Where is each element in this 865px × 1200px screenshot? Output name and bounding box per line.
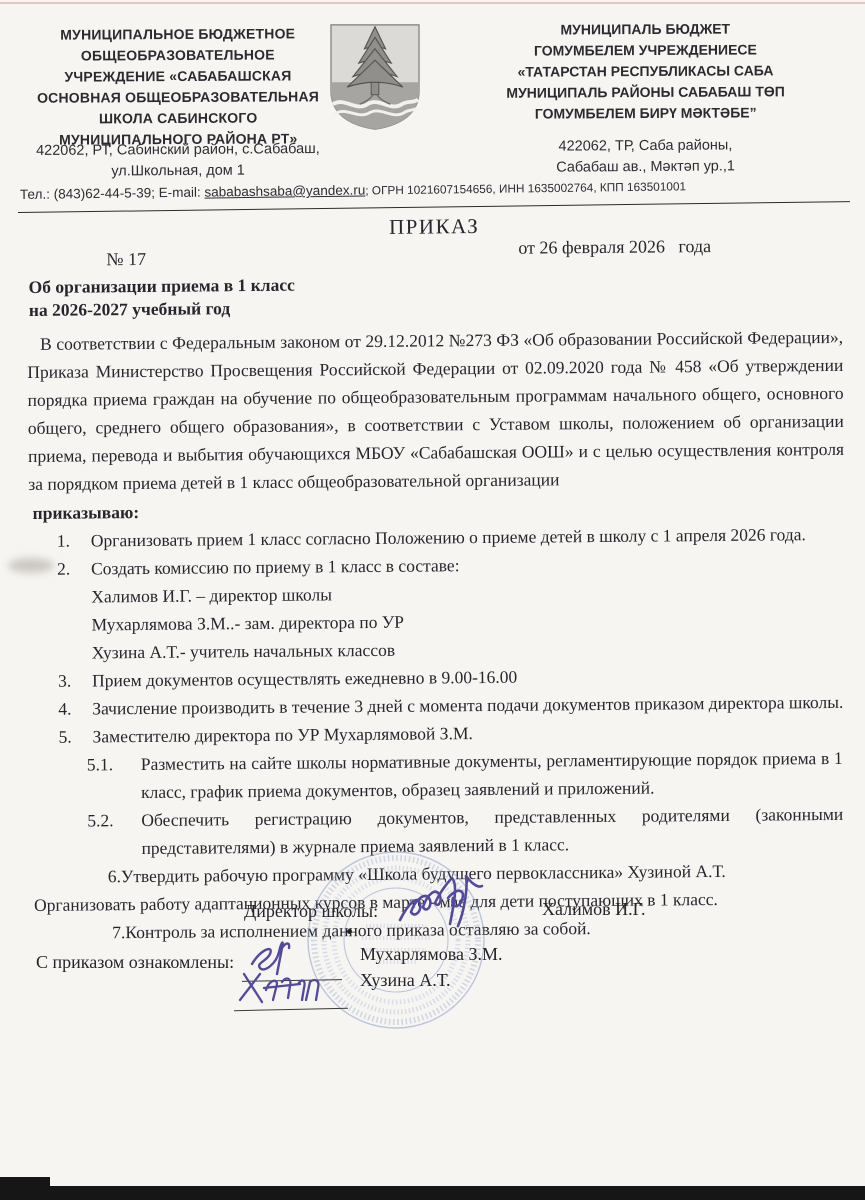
acknowledged-label: С приказом ознакомлены: <box>36 952 234 973</box>
registration-numbers: ; ОГРН 1021607154656, ИНН 1635002764, КП… <box>365 179 686 197</box>
address-line: Сабабаш ав., Мәктәп ур.,1 <box>438 156 853 180</box>
order-number: № 17 <box>26 249 146 270</box>
org-title-line: УЧРЕЖДЕНИЕ «САБАБАШСКАЯ <box>28 65 328 88</box>
ack-name-2: Хузина А.Т. <box>360 970 450 991</box>
list-item-5-1: 5.1. Разместить на сайте школы нормативн… <box>31 744 847 807</box>
director-name: Халимов И.Г. <box>542 899 646 920</box>
scan-bottom-edge <box>0 1186 865 1200</box>
ink-dot <box>347 929 352 934</box>
address-line: 422062, РТ, Сабинский район, с.Сабабаш, <box>28 139 328 162</box>
org-title-line: «ТАТАРСТАН РЕСПУБЛИКАСЫ САБА <box>438 60 853 83</box>
org-title-line: ОСНОВНАЯ ОБЩЕОБРАЗОВАТЕЛЬНАЯ <box>28 86 328 109</box>
org-title-line: МУНИЦИПАЛЬ РАЙОНЫ САБАБАШ ТӨП <box>438 81 853 104</box>
item-number: 5. <box>30 722 92 751</box>
item-number: 4. <box>30 694 92 723</box>
address-line: ул.Школьная, дом 1 <box>28 160 328 183</box>
scanned-order-document: МУНИЦИПАЛЬНОЕ БЮДЖЕТНОЕ ОБЩЕОБРАЗОВАТЕЛЬ… <box>0 0 865 1200</box>
address-line: 422062, ТР, Саба районы, <box>438 135 853 159</box>
scan-smudge <box>8 558 54 573</box>
org-title-line: ШКОЛА САБИНСКОГО <box>28 107 328 130</box>
item-number: 3. <box>30 666 92 695</box>
org-address-russian: 422062, РТ, Сабинский район, с.Сабабаш, … <box>28 139 328 183</box>
document-title: ПРИКАЗ <box>26 209 842 244</box>
order-body: ПРИКАЗ № 17 от 26 февраля 2026 года Об о… <box>26 209 848 947</box>
scan-top-edge <box>0 2 865 4</box>
org-title-line: МУНИЦИПАЛЬНОЕ БЮДЖЕТНОЕ <box>28 23 328 46</box>
item-text: Разместить на сайте школы нормативные до… <box>141 744 847 806</box>
order-date: от 26 февраля 2026 года <box>518 232 711 262</box>
item-text: Обеспечить регистрацию документов, предс… <box>141 800 847 862</box>
scan-bottom-corner <box>0 1177 50 1200</box>
coat-of-arms-icon <box>327 22 423 132</box>
director-label: Директор школы: <box>244 901 378 922</box>
preamble-paragraph: В соответствии с Федеральным законом от … <box>27 323 844 498</box>
org-address-tatar: 422062, ТР, Саба районы, Сабабаш ав., Мә… <box>438 135 853 180</box>
org-title-line: ГОМУМБЕЛЕМ БИРҮ МӘКТӘБЕ” <box>438 102 853 125</box>
org-title-line: МУНИЦИПАЛЬ БЮДЖЕТ <box>438 18 853 41</box>
ack-name-1: Мухарлямова З.М. <box>360 944 503 965</box>
email-text: sababashsaba@yandex.ru <box>204 182 365 199</box>
phone-text: Тел.: (843)62-44-5-39; E-mail: <box>20 185 205 202</box>
org-title-russian: МУНИЦИПАЛЬНОЕ БЮДЖЕТНОЕ ОБЩЕОБРАЗОВАТЕЛЬ… <box>28 23 329 151</box>
item-number: 5.1. <box>87 750 141 806</box>
item-number: 5.2. <box>87 806 141 862</box>
item-number: 1. <box>29 526 91 555</box>
ack-signature-2 <box>236 966 346 1019</box>
director-signature <box>392 868 512 943</box>
org-title-tatar: МУНИЦИПАЛЬ БЮДЖЕТ ГОМУМБЕЛЕМ УЧРЕЖДЕНИЕС… <box>438 18 854 125</box>
org-title-line: ОБЩЕОБРАЗОВАТЕЛЬНОЕ <box>28 44 328 67</box>
org-title-line: ГОМУМБЕЛЕМ УЧРЕЖДЕНИЕСЕ <box>438 39 853 62</box>
